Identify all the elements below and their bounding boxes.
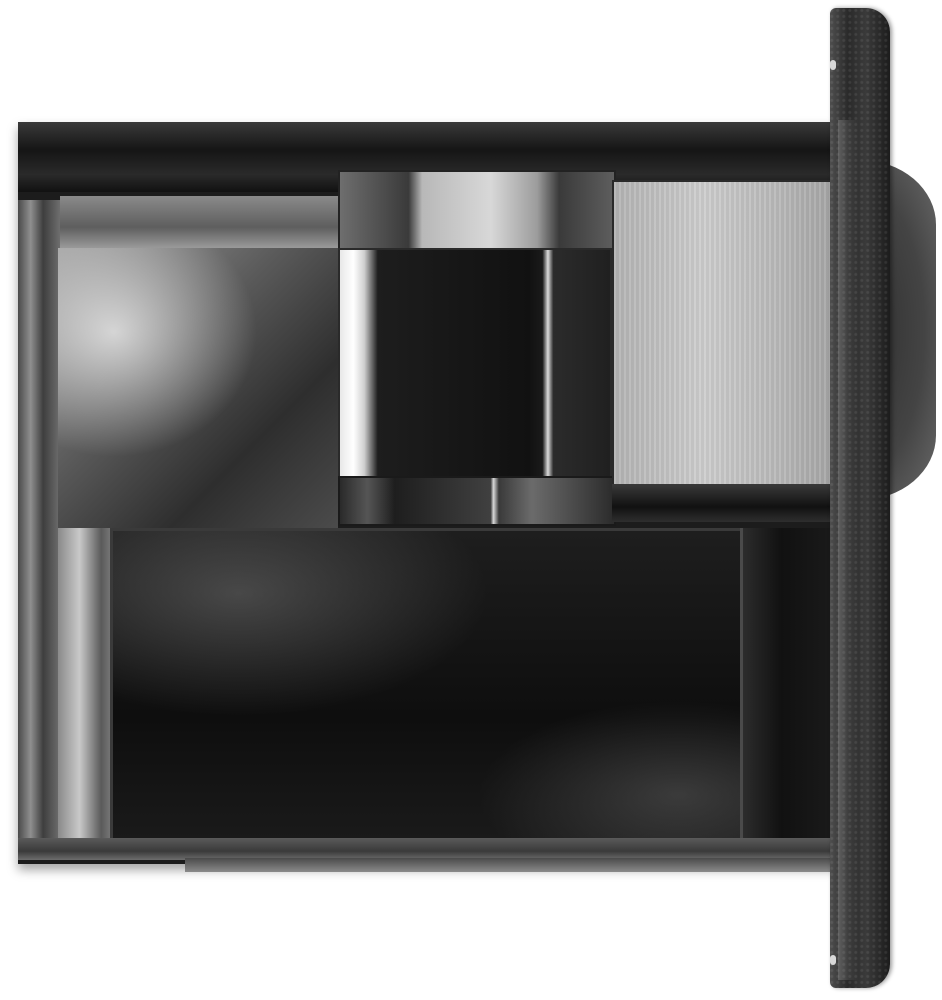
left-chrome-column <box>18 200 60 850</box>
top-left-strip <box>60 196 338 248</box>
right-lower-strip <box>612 484 834 522</box>
lower-dark-panel <box>110 528 744 844</box>
lower-right-block <box>740 528 839 846</box>
bottom-lip <box>185 858 835 872</box>
mounting-hole-bottom <box>830 955 836 965</box>
bottom-rail <box>18 838 836 860</box>
lower-left-chrome-edge <box>58 528 112 838</box>
slider-bottom-guide <box>338 476 616 526</box>
mounting-hole-top <box>830 60 836 70</box>
slider-block <box>338 248 612 478</box>
brushed-metal-panel <box>612 180 838 486</box>
upper-left-chrome-panel <box>58 248 338 528</box>
flange-highlight <box>838 120 858 980</box>
slider-top-guide <box>338 170 616 250</box>
